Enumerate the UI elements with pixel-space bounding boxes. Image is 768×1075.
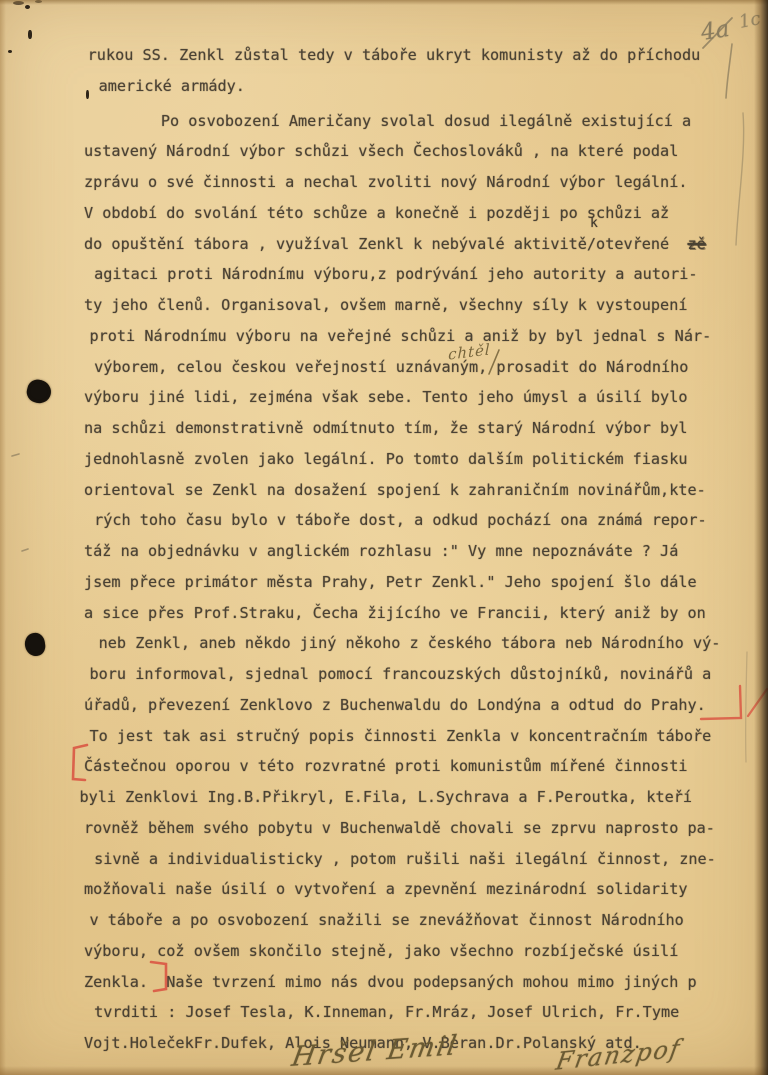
text-line: na schůzi demonstrativně odmítnuto tím, … <box>84 413 754 444</box>
text-line: rovněž během svého pobytu v Buchenwaldě … <box>84 813 754 844</box>
text-line: výborem, celou českou veřejností uznávan… <box>94 352 754 383</box>
text-line: táž na objednávku v anglickém rozhlasu :… <box>84 536 754 567</box>
struck-out-text: zě <box>687 235 705 253</box>
pencil-corner-mark: 1c <box>737 8 762 33</box>
page-edge-shading <box>0 1066 768 1075</box>
text-line: úřadů, převezení Zenklovo z Buchenwaldu … <box>84 690 754 721</box>
punch-hole <box>25 377 54 405</box>
text-line: neb Zenkl, aneb někdo jiný někoho z česk… <box>99 628 754 659</box>
text-line: jednohlasně zvolen jako legální. Po tomt… <box>84 444 754 475</box>
paper-speck <box>8 50 12 53</box>
punch-hole <box>23 632 46 658</box>
text-line: možňovali naše úsilí o vytvoření a zpevn… <box>84 874 754 905</box>
text-line: sivně a individualisticky , potom rušili… <box>94 844 754 875</box>
text-line: byli Zenklovi Ing.B.Přikryl, E.Fila, L.S… <box>79 782 754 813</box>
page-edge-shading <box>754 0 768 1075</box>
text-line: a sice přes Prof.Straku, Čecha žijícího … <box>84 598 754 629</box>
text-line: ty jeho členů. Organisoval, ovšem marně,… <box>84 290 754 321</box>
text-line: rukou SS. Zenkl zůstal tedy v táboře ukr… <box>88 40 754 71</box>
text-line: To jest tak asi stručný popis činnosti Z… <box>89 721 754 752</box>
pencil-dash <box>12 454 19 456</box>
text-line: americké armády. <box>99 71 754 102</box>
text-line: proti Národnímu výboru na veřejné schůzi… <box>89 321 754 352</box>
text-line: ustavený Národní výbor schůzi všech Čech… <box>84 136 754 167</box>
text-line: výboru, což ovšem skončilo stejně, jako … <box>84 936 754 967</box>
paper-speck <box>35 0 42 3</box>
typewritten-text: rukou SS. Zenkl zůstal tedy v táboře ukr… <box>84 40 754 1059</box>
scanned-document-page: rukou SS. Zenkl zůstal tedy v táboře ukr… <box>0 0 768 1075</box>
text-line: zprávu o své činnosti a nechal zvoliti n… <box>84 167 754 198</box>
paper-speck <box>25 5 30 9</box>
text-line: Zenkla. Naše tvrzení mimo nás dvou podep… <box>84 967 754 998</box>
text-line: v táboře a po osvobození snažili se znev… <box>89 905 754 936</box>
text-line: Částečnou oporou v této rozvratné proti … <box>84 751 754 782</box>
text-line: tvrditi : Josef Tesla, K.Inneman, Fr.Mrá… <box>94 997 754 1028</box>
page-edge-shading <box>0 0 768 5</box>
pencil-dash <box>22 549 28 551</box>
text-line: do opuštění tábora , využíval Zenkl k ne… <box>84 229 754 260</box>
paper-speck <box>28 30 32 39</box>
paper-speck <box>13 1 24 5</box>
text-line: Po osvobození Američany svolal dosud ile… <box>161 106 754 137</box>
text-line: orientoval se Zenkl na dosažení spojení … <box>84 475 754 506</box>
text-line: jsem přece primátor města Prahy, Petr Ze… <box>84 567 754 598</box>
text-line: V období do svolání této schůze a konečn… <box>84 198 754 229</box>
paper-speck <box>86 90 89 99</box>
page-edge-shading <box>0 0 6 1075</box>
text-line: agitaci proti Národnímu výboru,z podrývá… <box>94 259 754 290</box>
text-line: výboru jiné lidi, zejména však sebe. Ten… <box>84 382 754 413</box>
text-line: boru informoval, sjednal pomocí francouz… <box>89 659 754 690</box>
text-line: rých toho času bylo v táboře dost, a odk… <box>94 505 754 536</box>
